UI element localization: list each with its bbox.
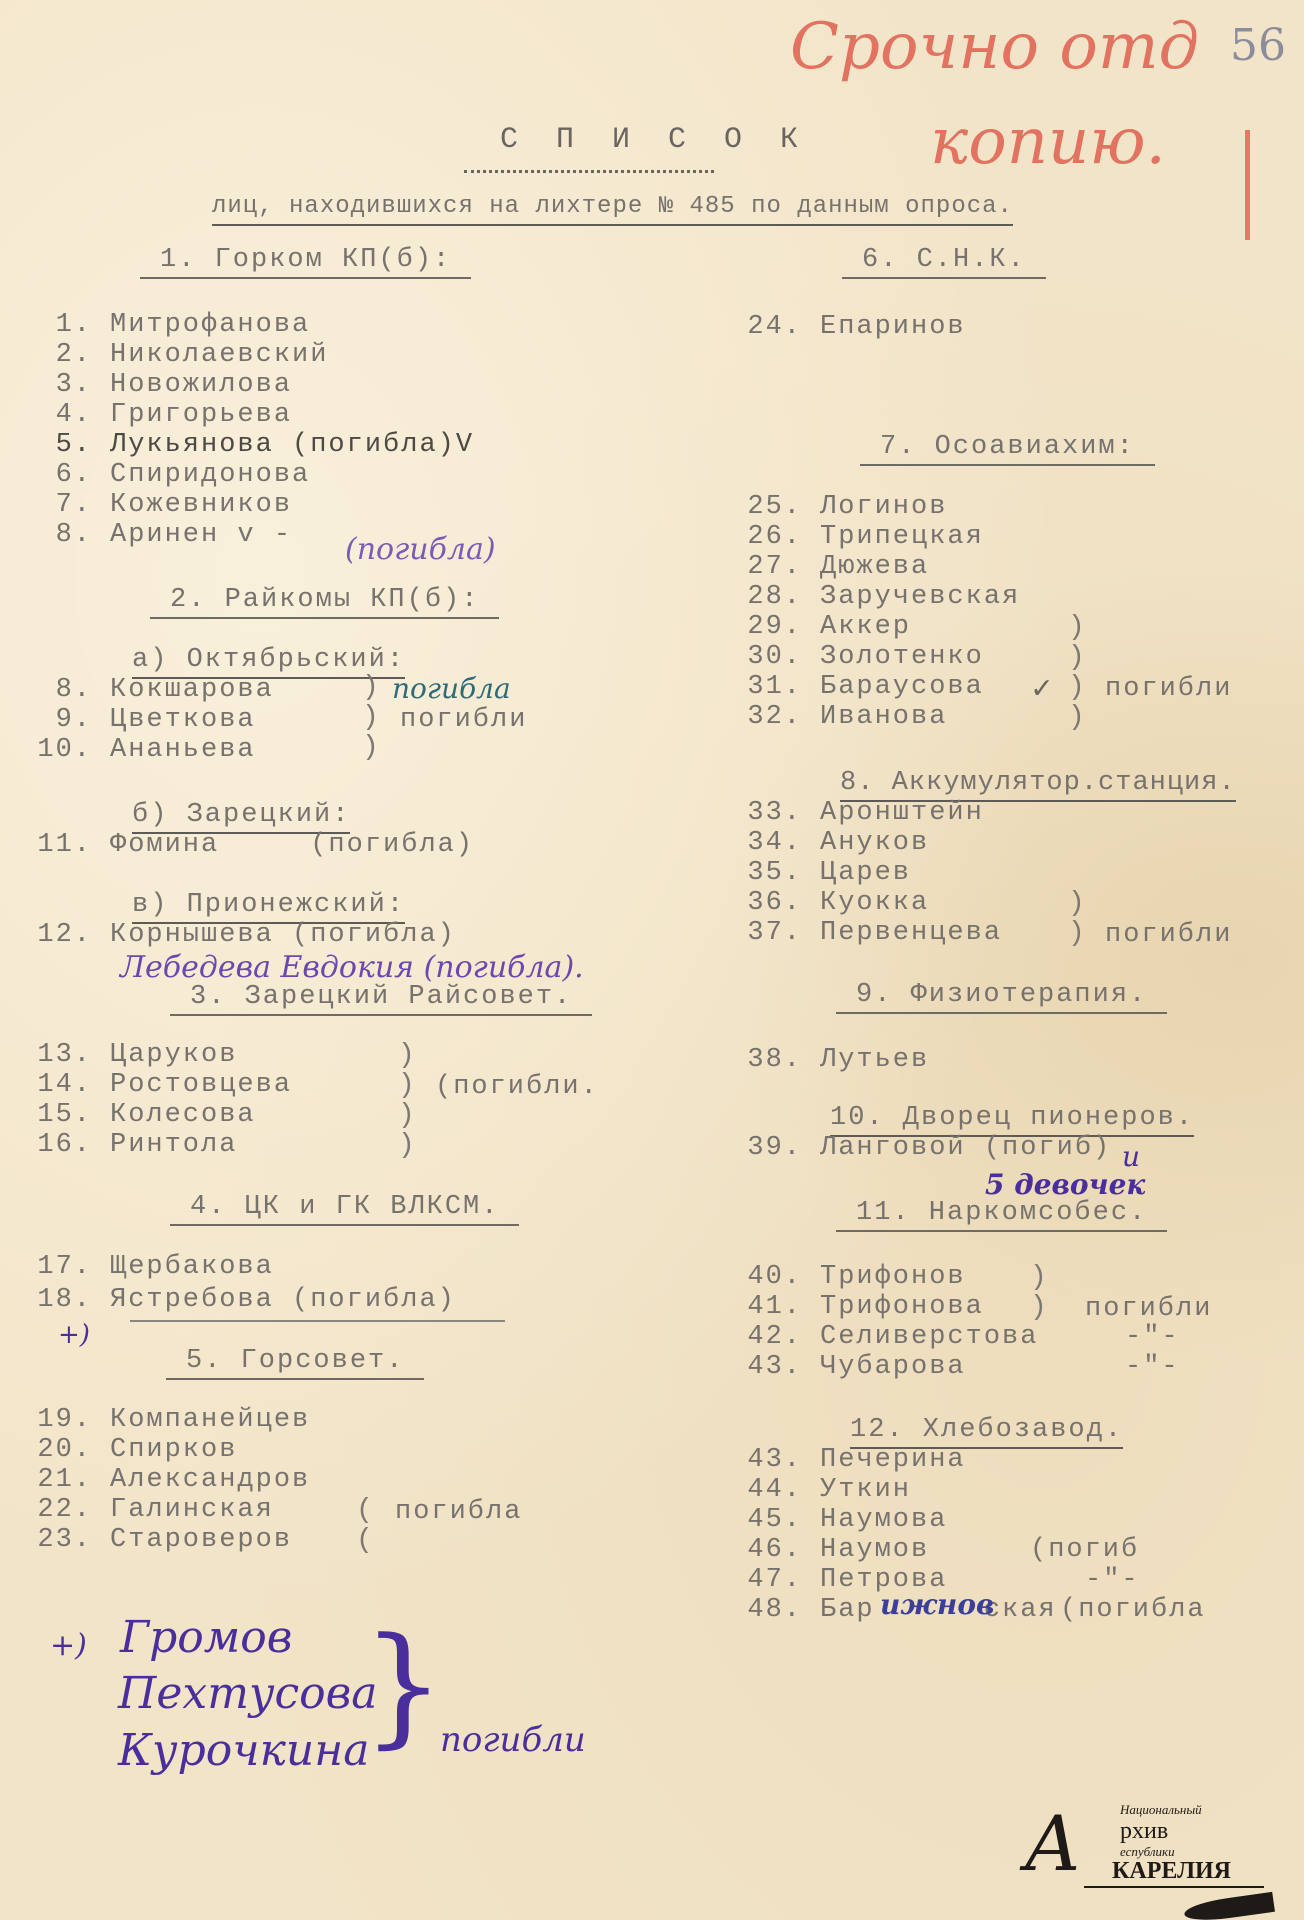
document-subtitle: лиц, находившихся на лихтере № 485 по да… [212,192,1013,226]
red-annotation-line2: копию. [930,105,1166,179]
list-item: 44.Уткин [740,1475,911,1505]
logo-rule [1084,1886,1264,1888]
list-item: 27.Дюжева [740,552,929,582]
section-heading-5: 5. Горсовет. [166,1346,424,1380]
list-item: 33.Аронштейн [740,798,984,828]
bracket: ) [362,732,379,763]
ditto-mark: -"- [1125,1352,1180,1382]
bracket: ) [362,672,379,703]
handwritten-note: 5 девочек [985,1168,1145,1201]
list-item: 43.Печерина [740,1445,966,1475]
red-annotation-stroke [1245,130,1250,240]
bracket: ) [1030,1292,1047,1323]
status-label: погибли [1105,674,1232,704]
list-item: 10.Ананьева [30,735,256,765]
footnote-mark: +) [58,1320,90,1350]
list-item: 20.Спирков [30,1435,237,1465]
list-item: 4.Григорьева [30,400,292,430]
list-item: 22.Галинская [30,1495,274,1525]
bracket: ) [398,1130,415,1161]
list-item: 41.Трифонова [740,1292,984,1322]
list-item: 30.Золотенко [740,642,984,672]
handwritten-note: ижнов [880,1588,994,1621]
footnote-mark: +) [50,1628,87,1663]
handwritten-name: Пехтусова [118,1668,377,1719]
list-item: 12.Корнышева (погибла) [30,920,456,950]
logo-line1: Национальный [1120,1802,1202,1818]
bracket: ) [1030,1262,1047,1293]
section-heading-12: 12. Хлебозавод. [850,1415,1123,1449]
list-item: 29.Аккер [740,612,911,642]
status-label: погибла [395,1497,522,1527]
list-item: 40.Трифонов [740,1262,966,1292]
list-item: 38.Лутьев [740,1045,929,1075]
list-item: 28.Заручевская [740,582,1020,612]
list-item: 18.Ястребова (погибла) [30,1285,456,1315]
status-label: (погибли. [435,1072,599,1102]
list-item: 2.Николаевский [30,340,328,370]
subsection-heading-b: б) Зарецкий: [132,800,350,834]
red-annotation-line1: Срочно отд [790,10,1199,84]
list-item: 31.Бараусова [740,672,984,702]
bracket: ( [356,1495,373,1526]
list-item: 7.Кожевников [30,490,292,520]
list-item: 16.Ринтола [30,1130,237,1160]
bracket: ) [1068,672,1085,703]
list-item: 43.Чубарова [740,1352,966,1382]
section-heading-9: 9. Физиотерапия. [836,980,1167,1014]
title-underline [464,170,714,173]
section-heading-7: 7. Осоавиахим: [860,432,1155,466]
list-item: 24.Епаринов [740,312,966,342]
document-title: С П И С О К [500,125,808,155]
bracket: ( [356,1525,373,1556]
archive-logo: А Национальный рхив еспублики КАРЕЛИЯ [1024,1798,1264,1898]
bracket: ) [1068,888,1085,919]
section-heading-8: 8. Аккумулятор.станция. [840,768,1236,802]
list-item: 21.Александров [30,1465,310,1495]
list-item: 15.Колесова [30,1100,256,1130]
entry-underline [130,1320,505,1322]
list-item: 19.Компанейцев [30,1405,310,1435]
bracket: ) [1068,918,1085,949]
page-number: 56 [1230,20,1286,71]
list-item: 46.Наумов [740,1535,929,1565]
quill-icon [1183,1892,1275,1920]
list-item: 34.Ануков [740,828,929,858]
list-item: 13.Царуков [30,1040,237,1070]
bracket: ) [1068,612,1085,643]
bracket: ) [398,1070,415,1101]
bracket: ) [1068,642,1085,673]
section-heading-1: 1. Горком КП(б): [140,245,471,279]
logo-line4: КАРЕЛИЯ [1112,1858,1231,1885]
section-heading-11: 11. Наркомсобес. [836,1198,1167,1232]
list-item: 11.Фомина (погибла) [30,830,474,860]
logo-line2: рхив [1120,1818,1168,1845]
handwritten-name: Громов [120,1612,292,1663]
checkmark-icon: ✓ [1032,668,1051,708]
list-item: 39.Ланговой (погиб) [740,1133,1111,1163]
list-item: 6.Спиридонова [30,460,310,490]
ditto-mark: -"- [1125,1322,1180,1352]
bracket: ) [398,1100,415,1131]
section-heading-10: 10. Дворец пионеров. [830,1103,1194,1137]
section-heading-6: 6. С.Н.К. [842,245,1046,279]
ditto-mark: -"- [1085,1565,1140,1595]
list-item: 35.Царев [740,858,911,888]
bracket: ) [1068,702,1085,733]
section-heading-2: 2. Райкомы КП(б): [150,585,499,619]
status-label: (погибла [1060,1595,1206,1625]
list-item: 26.Трипецкая [740,522,984,552]
list-item: 36.Куокка [740,888,929,918]
subsection-heading-c: в) Прионежский: [132,890,405,924]
list-item: 1.Митрофанова [30,310,310,340]
list-item: 17.Щербакова [30,1252,274,1282]
handwritten-status: погибли [440,1720,586,1760]
bracket: ) [362,702,379,733]
list-item: 5.Лукьянова (погибла)V [30,430,474,460]
logo-monogram: А [1024,1806,1082,1882]
handwritten-note: Лебедева Евдокия (погибла). [120,950,584,985]
section-heading-3: 3. Зарецкий Райсовет. [170,982,592,1016]
list-item: 9.Цветкова [30,705,256,735]
section-heading-4: 4. ЦК и ГК ВЛКСМ. [170,1192,519,1226]
list-item: 14.Ростовцева [30,1070,292,1100]
list-item: 8.Кокшарова [30,675,274,705]
bracket: ) [398,1040,415,1071]
list-item: 42.Селиверстова [740,1322,1038,1352]
handwritten-bracket: } [362,1610,445,1760]
status-label: (погиб [1030,1535,1139,1565]
list-item: 32.Иванова [740,702,947,732]
list-item: 8.Аринен v - [30,520,292,550]
handwritten-name: Курочкина [118,1725,369,1776]
handwritten-note: (погибла) [345,532,496,567]
list-item: 3.Новожилова [30,370,292,400]
status-label: погибли [400,705,527,735]
status-label: погибли [1085,1294,1212,1324]
handwritten-note: погибла [392,672,511,705]
list-item: 45.Наумова [740,1505,947,1535]
list-item: 25.Логинов [740,492,947,522]
status-label: погибли [1105,920,1232,950]
list-item: 23.Староверов [30,1525,292,1555]
list-item: 37.Первенцева [740,918,1002,948]
